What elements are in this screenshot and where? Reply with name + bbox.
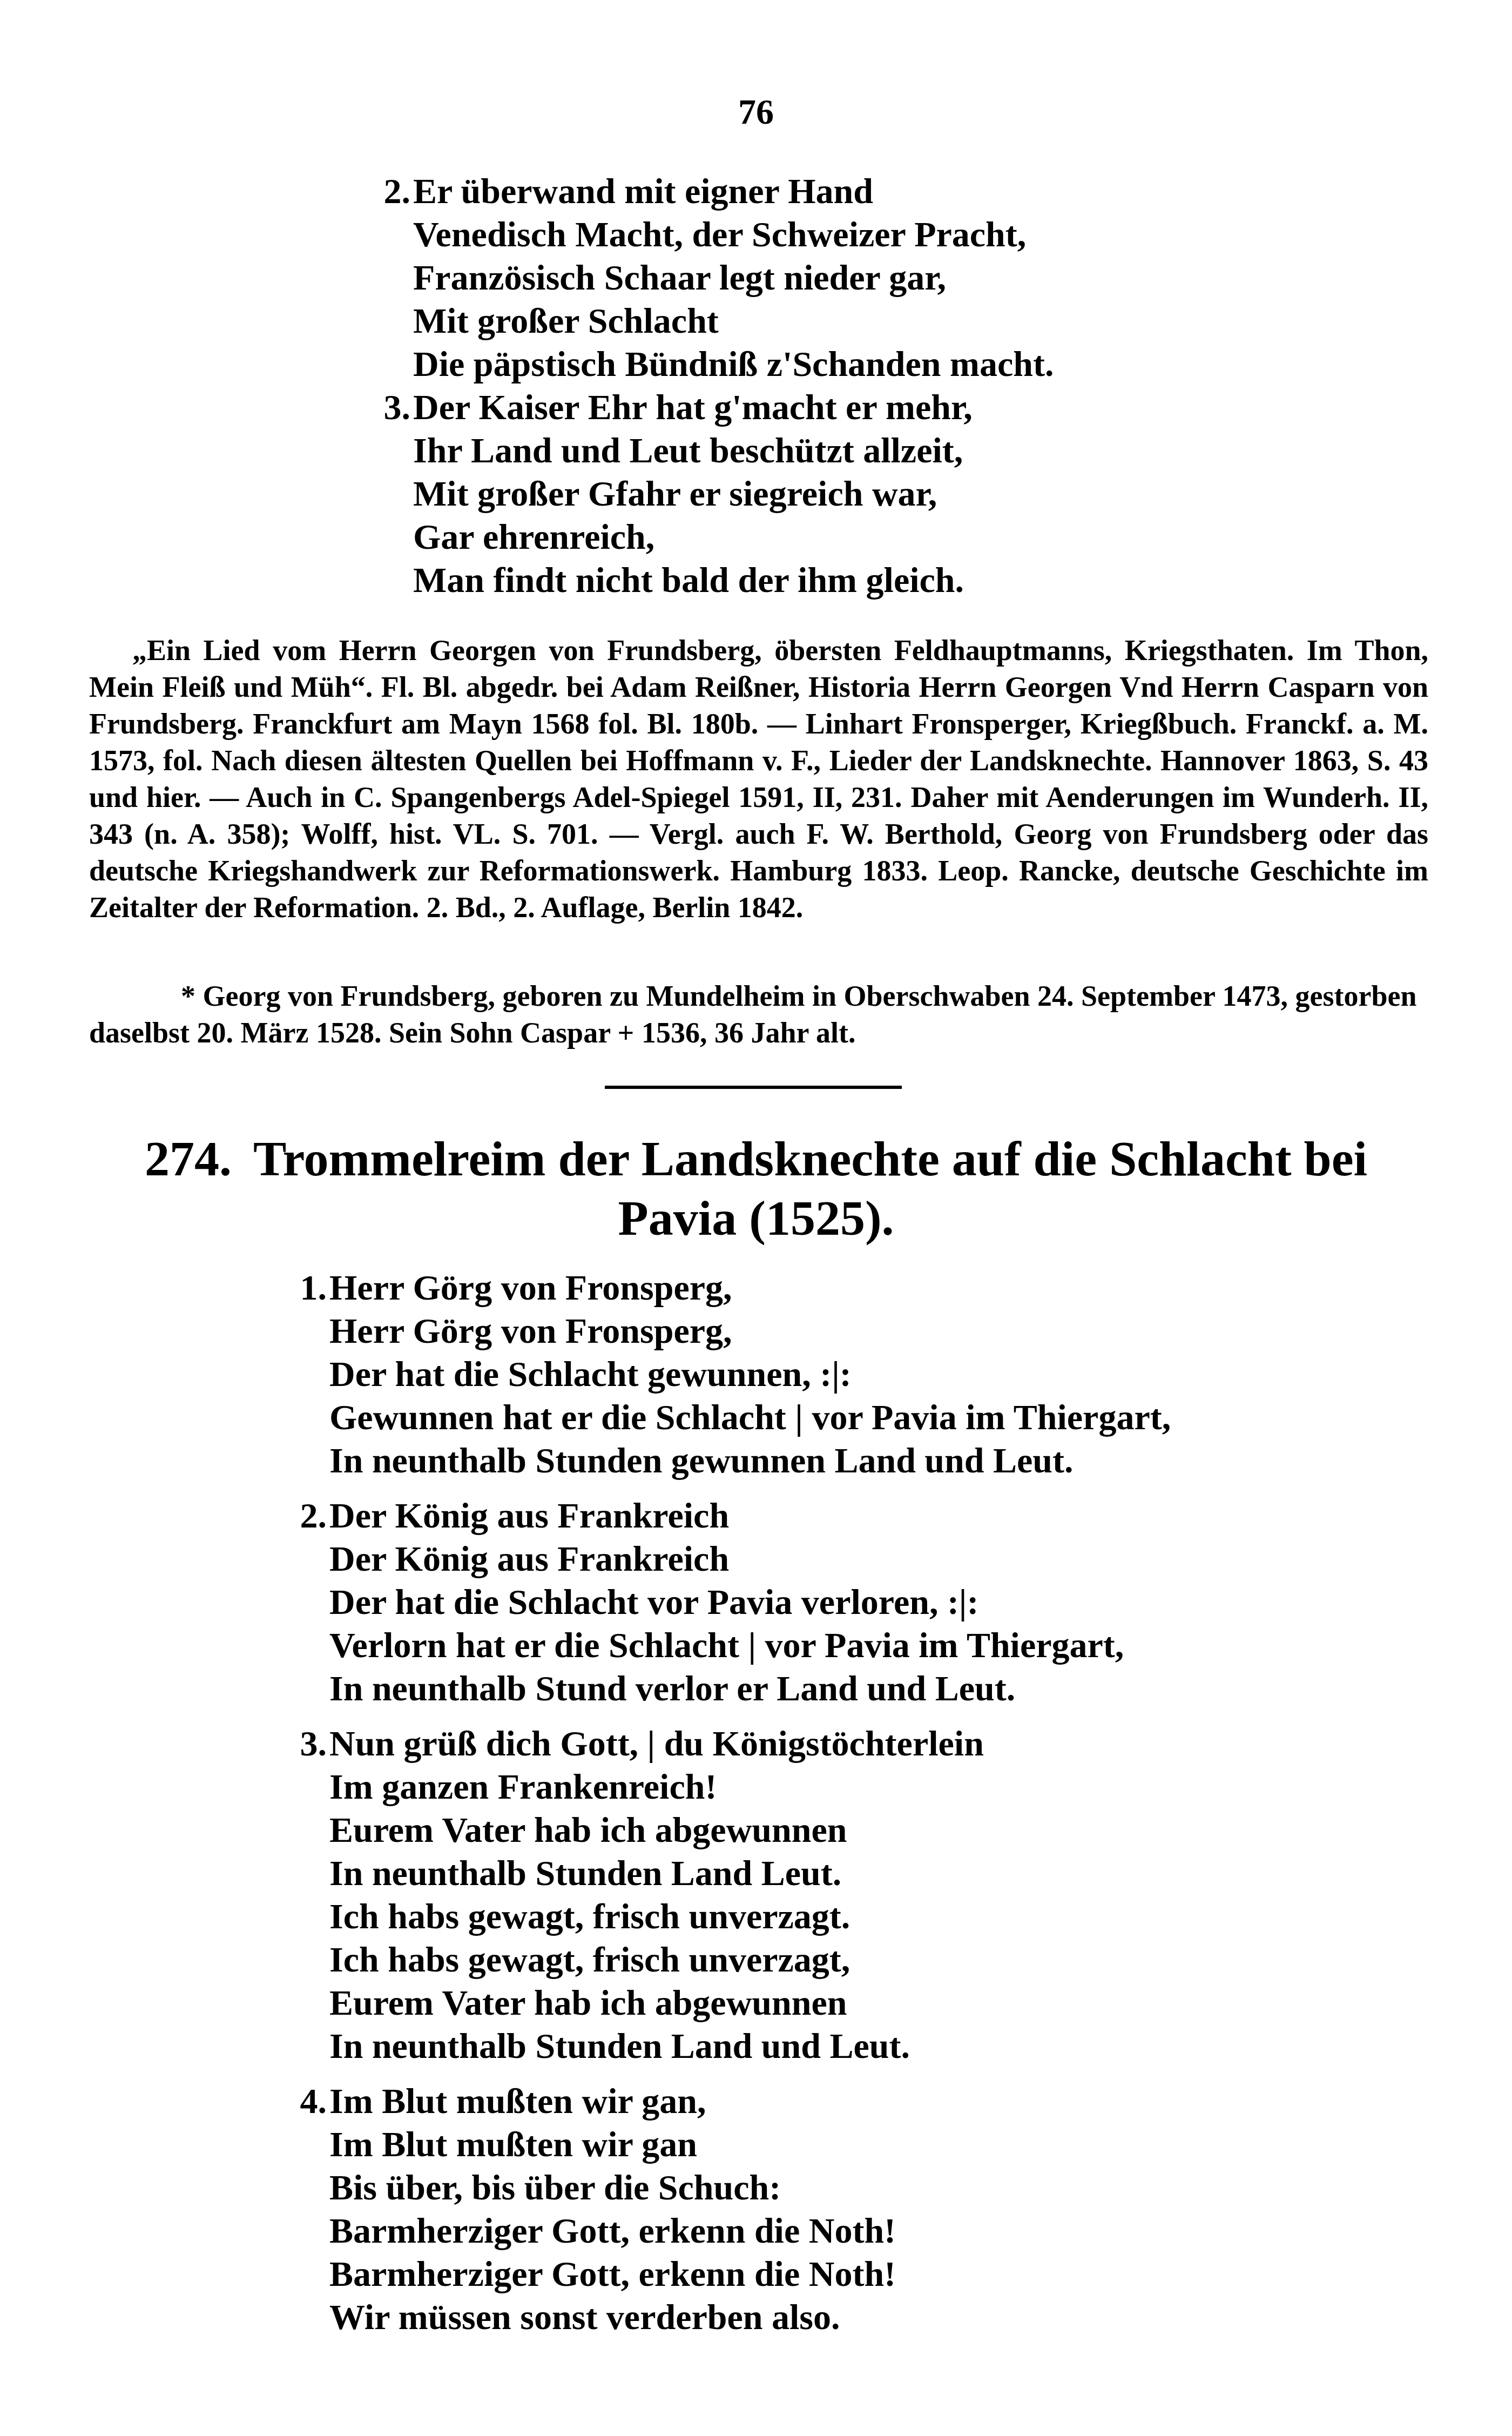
verse-line: In neunthalb Stunden gewunnen Land und L… bbox=[329, 1439, 1171, 1483]
verse-line: Ich habs gewagt, frisch unverzagt. bbox=[329, 1895, 1171, 1939]
footnote-text: * Georg von Frundsberg, geboren zu Munde… bbox=[89, 978, 1428, 1051]
verse-line: Gar ehrenreich, bbox=[413, 516, 1054, 559]
stanza-3: 3. Der Kaiser Ehr hat g'macht er mehr, I… bbox=[413, 386, 1054, 602]
section-heading: 274.Trommelreim der Landsknechte auf die… bbox=[86, 1129, 1426, 1248]
verse-line: Bis über, bis über die Schuch: bbox=[329, 2166, 1171, 2210]
stanza-4: 4. Im Blut mußten wir gan, Im Blut mußte… bbox=[329, 2080, 1171, 2339]
previous-song: 2. Er überwand mit eigner Hand Venedisch… bbox=[413, 170, 1054, 602]
page-number: 76 bbox=[0, 92, 1512, 133]
verse-line: Der Kaiser Ehr hat g'macht er mehr, bbox=[413, 386, 1054, 429]
section-title: Trommelreim der Landsknechte auf die Sch… bbox=[253, 1131, 1367, 1246]
verse-line: Der König aus Frankreich bbox=[329, 1538, 1171, 1581]
verse-line: Französisch Schaar legt nieder gar, bbox=[413, 257, 1054, 300]
verse-line: Die päpstisch Bündniß z'Schanden macht. bbox=[413, 343, 1054, 386]
verse-line: Im Blut mußten wir gan bbox=[329, 2123, 1171, 2166]
verse-line: Barmherziger Gott, erkenn die Noth! bbox=[329, 2210, 1171, 2253]
verse-line: Nun grüß dich Gott, | du Königstöchterle… bbox=[329, 1722, 1171, 1766]
verse-line: Ich habs gewagt, frisch unverzagt, bbox=[329, 1939, 1171, 1982]
verse-line: Mit großer Schlacht bbox=[413, 300, 1054, 343]
stanza-2: 2. Er überwand mit eigner Hand Venedisch… bbox=[413, 170, 1054, 386]
stanza-3: 3. Nun grüß dich Gott, | du Königstöchte… bbox=[329, 1722, 1171, 2068]
verse-line: Gewunnen hat er die Schlacht | vor Pavia… bbox=[329, 1396, 1171, 1439]
verse-line: In neunthalb Stunden Land Leut. bbox=[329, 1852, 1171, 1895]
stanza-number: 2. bbox=[283, 1495, 327, 1538]
stanza-number: 1. bbox=[283, 1267, 327, 1310]
stanza-number: 3. bbox=[283, 1722, 327, 1766]
verse-line: In neunthalb Stund verlor er Land und Le… bbox=[329, 1667, 1171, 1711]
verse-line: Der König aus Frankreich bbox=[329, 1495, 1171, 1538]
verse-line: Herr Görg von Fronsperg, bbox=[329, 1310, 1171, 1353]
stanza-number: 3. bbox=[367, 386, 410, 429]
verse-line: Man findt nicht bald der ihm gleich. bbox=[413, 559, 1054, 602]
verse-line: Im Blut mußten wir gan, bbox=[329, 2080, 1171, 2123]
verse-line: Mit großer Gfahr er siegreich war, bbox=[413, 473, 1054, 516]
song: 1. Herr Görg von Fronsperg, Herr Görg vo… bbox=[329, 1267, 1171, 2351]
stanza-number: 4. bbox=[283, 2080, 327, 2123]
verse-line: Ihr Land und Leut beschützt allzeit, bbox=[413, 429, 1054, 473]
verse-line: Venedisch Macht, der Schweizer Pracht, bbox=[413, 213, 1054, 257]
verse-line: Im ganzen Frankenreich! bbox=[329, 1766, 1171, 1809]
stanza-2: 2. Der König aus Frankreich Der König au… bbox=[329, 1495, 1171, 1711]
verse-line: Der hat die Schlacht gewunnen, :|: bbox=[329, 1353, 1171, 1396]
verse-line: Er überwand mit eigner Hand bbox=[413, 170, 1054, 213]
verse-line: Eurem Vater hab ich abgewunnen bbox=[329, 1809, 1171, 1852]
verse-line: Wir müssen sonst verderben also. bbox=[329, 2296, 1171, 2339]
source-note: „Ein Lied vom Herrn Georgen von Frundsbe… bbox=[89, 632, 1428, 926]
verse-line: In neunthalb Stunden Land und Leut. bbox=[329, 2025, 1171, 2068]
verse-line: Eurem Vater hab ich abgewunnen bbox=[329, 1982, 1171, 2025]
source-note-text: „Ein Lied vom Herrn Georgen von Frundsbe… bbox=[89, 632, 1428, 926]
section-divider bbox=[605, 1086, 902, 1089]
verse-line: Herr Görg von Fronsperg, bbox=[329, 1267, 1171, 1310]
verse-line: Verlorn hat er die Schlacht | vor Pavia … bbox=[329, 1624, 1171, 1667]
verse-line: Barmherziger Gott, erkenn die Noth! bbox=[329, 2253, 1171, 2296]
section-number: 274. bbox=[145, 1131, 232, 1186]
stanza-number: 2. bbox=[367, 170, 410, 213]
footnote: * Georg von Frundsberg, geboren zu Munde… bbox=[89, 978, 1428, 1051]
verse-line: Der hat die Schlacht vor Pavia verloren,… bbox=[329, 1581, 1171, 1624]
stanza-1: 1. Herr Görg von Fronsperg, Herr Görg vo… bbox=[329, 1267, 1171, 1483]
